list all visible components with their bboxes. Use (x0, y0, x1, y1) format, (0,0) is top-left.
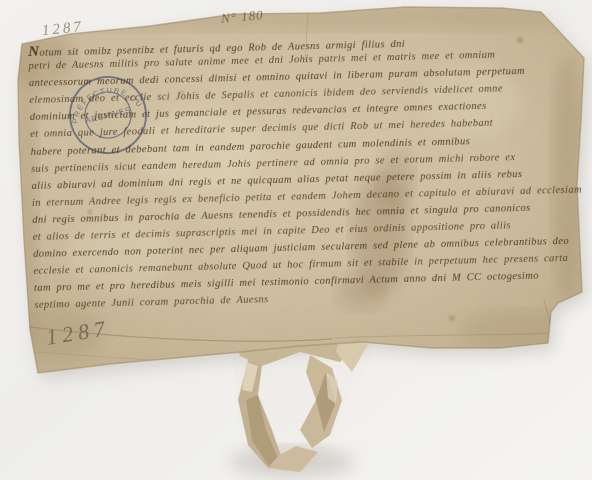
photo-background: PRÉFECTURE DU ARCHIVES 1287 N° 180 1287 … (0, 0, 592, 480)
manuscript-text: Notum sit omibz psentibz et futuris qd e… (28, 31, 581, 318)
